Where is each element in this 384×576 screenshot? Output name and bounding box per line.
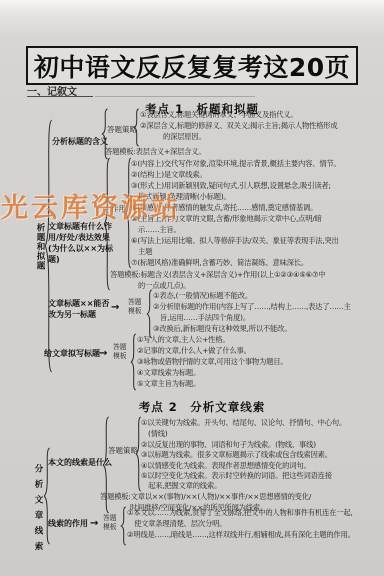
item-line: ②(结构上)是文章线索。	[131, 170, 207, 180]
answer-template-label: 答题	[103, 514, 117, 523]
item-line: 使文章条理清楚、层次分明。	[134, 519, 226, 529]
kaodian2-heading: 考点 2 分析文章线索	[20, 399, 384, 415]
scan-line-artifact	[95, 96, 255, 97]
item-line: ②明线是……,暗线是……,这样双线并行,相辅相成,具有深化主题的作用。	[127, 530, 355, 540]
item-line: ①本文以……为线索,贯穿了全文脉络,把文中的人物和事件有机连在一起,	[127, 508, 353, 518]
section-underline	[27, 96, 93, 97]
item-line: ③以标题为线索。很多文章标题揭示了线索或包含线索因素。	[141, 450, 332, 460]
item-line: 起来,把握文章的线索。	[148, 481, 221, 491]
item-line: ②分析原标题的作用(内容上写了……,结构上……,表达了……主	[153, 302, 351, 312]
template-line: 答题模板:文章以××(事物)/××(人物)/××事件/××思想感情的变化/	[100, 492, 311, 502]
template-line: 答题模板:表层含义+深层含义。	[105, 147, 205, 157]
item-line: 主题	[138, 247, 152, 257]
page-title: 初中语文反反复复考这20页	[34, 48, 350, 84]
answer-strategy-label: 答题策略	[107, 125, 137, 135]
answer-template-label: 答题	[128, 298, 142, 307]
branch-label-title-change: 改为另一标题	[48, 309, 96, 320]
brace-c2-items	[121, 507, 126, 545]
item-line: ①表层含义,标题关键词的本义、字面义及指代义。	[140, 110, 298, 120]
branch-label-title-function: 用/好处/表达效果	[48, 232, 110, 243]
branch-label-title-meaning: 分析标题的含义	[52, 136, 108, 147]
item-line: 的深层原因。	[163, 132, 206, 142]
item-line: ②以反复出现的事物、词语和句子为线索。(物线、事线)	[141, 440, 316, 450]
arrow-icon: →	[99, 349, 107, 359]
item-line: ⑤以时空变化为线索。表示时空转换的词语。把这些词语连接	[141, 471, 332, 481]
item-line: ①表态,(一般情况)标题不能改。	[153, 291, 252, 301]
item-line: ①(内容上)交代写作对象,渲染环境,提示背景,概括主要内容、情节。	[131, 159, 341, 169]
branch-label-title-change: 文章标题××能否	[48, 298, 109, 309]
watermark: 光云库资源站	[1, 186, 181, 225]
brace-n4-items	[131, 334, 136, 390]
arrow-icon: →	[90, 519, 98, 529]
item-line: ④文章线索为标题。	[137, 368, 200, 378]
branch-label-clue-function: 线索的作用	[48, 518, 88, 529]
item-line: 旨,运用……手法四个角度)。	[160, 313, 250, 323]
arrow-icon: →	[111, 303, 119, 313]
brace-n3-items	[147, 290, 152, 338]
item-line: ⑥(写法上)运用比喻、拟人等修辞手法/双关、象征等表现手法,突出	[131, 236, 339, 246]
template-line: 答题模板:标题含义(表层含义+深层含义)+作用(以上①②③④⑤⑥⑦中	[110, 270, 325, 280]
item-line: (情线)	[148, 429, 168, 439]
item-line: ③改换后,新标题没有这种效果,所以不能改。	[153, 324, 291, 334]
answer-template-label: 答题	[113, 343, 127, 352]
mindmap2-root-label: 分析文章线索	[32, 464, 44, 557]
branch-label-write-title: 给文章拟写标题	[44, 348, 100, 359]
item-line: ⑤文章主旨为标题。	[137, 379, 200, 389]
branch-label-title-function: 题)	[48, 254, 60, 265]
item-line: ①写人的文章,主人公+性格。	[137, 335, 229, 345]
answer-strategy-label: 答题策略	[108, 446, 138, 456]
item-line: ③咏物或借物抒情的文章,可用这个事物为题目。	[137, 357, 287, 367]
brace-n1-items	[134, 109, 139, 146]
item-line: ②记事的文章,什么人+做了什么事。	[137, 346, 251, 356]
item-line: 示……主旨。	[138, 225, 181, 235]
answer-template-label: 模板	[128, 307, 142, 316]
scanned-page: 初中语文反反复复考这20页 一、记叙文 考点 1 析题和拟题 析题和拟题 分析标…	[0, 0, 384, 576]
item-line: ①以关键句为线索。开头句、结尾句、议论句、抒情句、中心句。	[141, 418, 346, 428]
main-title-box: 初中语文反反复复考这20页	[26, 46, 358, 85]
item-line: ②深层含义,标题的修辞义、双关义;揭示主旨;揭示人物性格形成	[140, 121, 338, 131]
item-line: ④以情感变化为线索。表现作者思想感情变化的词句。	[141, 461, 311, 471]
answer-template-label: 模板	[103, 523, 117, 532]
item-line: ⑦(标题风格)准确鲜明,含蓄巧妙、简洁凝练、意味深长。	[131, 258, 308, 268]
template-line: 的一点或几点)。	[138, 281, 190, 291]
answer-template-label: 模板	[113, 352, 127, 361]
